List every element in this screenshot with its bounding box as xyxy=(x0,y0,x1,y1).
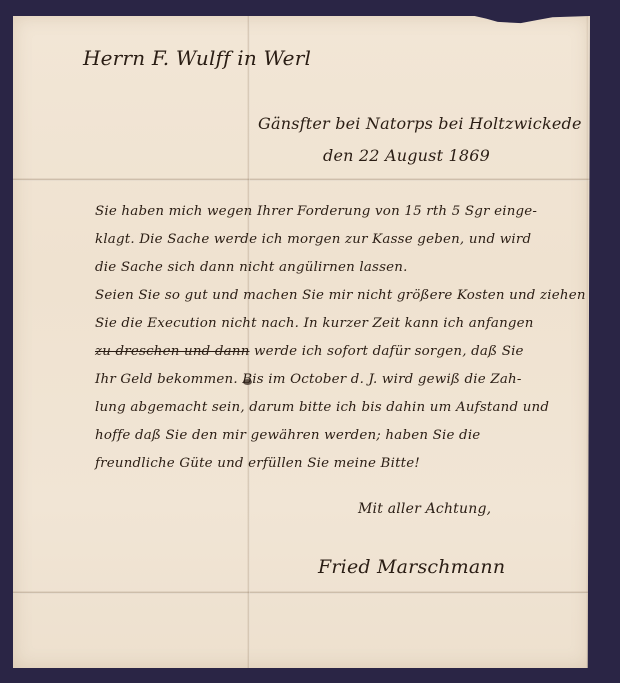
date-line: den 22 August 1869 xyxy=(323,146,490,165)
body-line: die Sache sich dann nicht angülirnen las… xyxy=(95,260,408,275)
body-line: hoffe daß Sie den mir gewähren werden; h… xyxy=(95,428,480,443)
place-line: Gänsfter bei Natorps bei Holtzwickede xyxy=(258,114,582,133)
struck-through-text: zu dreschen und dann xyxy=(95,344,250,359)
body-line: freundliche Güte und erfüllen Sie meine … xyxy=(95,456,420,471)
letter-paper: Herrn F. Wulff in Werl Gänsfter bei Nato… xyxy=(13,16,590,668)
body-line-rest: werde ich sofort dafür sorgen, daß Sie xyxy=(254,344,524,359)
addressee-line: Herrn F. Wulff in Werl xyxy=(83,46,311,70)
horizontal-fold-line xyxy=(13,178,590,181)
body-line: lung abgemacht sein, darum bitte ich bis… xyxy=(95,400,549,415)
closing-line: Mit aller Achtung, xyxy=(358,501,491,517)
body-line: Sie die Execution nicht nach. In kurzer … xyxy=(95,316,534,331)
body-line: Ihr Geld bekommen. Bis im October d. J. … xyxy=(95,372,522,387)
vertical-fold-line xyxy=(247,16,250,668)
body-line: klagt. Die Sache werde ich morgen zur Ka… xyxy=(95,232,531,247)
vertical-edge-line xyxy=(586,16,589,668)
signature: Fried Marschmann xyxy=(318,556,505,578)
body-line: Seien Sie so gut und machen Sie mir nich… xyxy=(95,288,586,303)
ink-blot xyxy=(243,379,252,385)
body-line: zu dreschen und dann werde ich sofort da… xyxy=(95,344,524,359)
body-line: Sie haben mich wegen Ihrer Forderung von… xyxy=(95,204,537,219)
horizontal-fold-line-bottom xyxy=(13,591,590,594)
